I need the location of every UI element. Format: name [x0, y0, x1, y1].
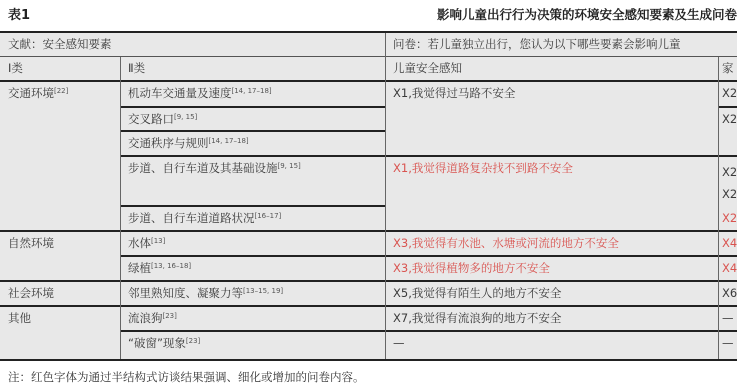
divider [718, 106, 737, 108]
divider [0, 305, 737, 307]
safety-perception-table: 文献：安全感知要素 问卷：若儿童独立出行，您认为以下哪些要素会影响儿童 Ⅰ类 Ⅱ… [0, 31, 737, 361]
divider [385, 33, 386, 359]
divider [120, 255, 737, 257]
child-perception-cell: X1,我觉得过马路不安全 [385, 82, 718, 156]
divider [120, 330, 737, 332]
column-header-child-perception: 儿童安全感知 [385, 57, 718, 81]
class2-cell: 水体[13] [120, 232, 385, 256]
citation: [13–15, 19] [243, 287, 283, 295]
class2-cell: 机动车交通量及速度[14, 17–18] [120, 82, 385, 107]
class2-text: 步道、自行车道及其基础设施 [128, 161, 278, 175]
parent-perception-cell: X2 [718, 205, 737, 231]
child-perception-cell: X5,我觉得有陌生人的地方不安全 [385, 282, 718, 306]
citation: [23] [186, 337, 200, 345]
class2-cell: 绿植[13, 16–18] [120, 257, 385, 281]
class2-cell: 流浪狗[23] [120, 307, 385, 331]
table-label: 表1 [8, 4, 30, 23]
category-other: 其他 [0, 307, 120, 357]
parent-perception-cell: X2 [718, 108, 737, 156]
group-header-literature: 文献：安全感知要素 [0, 33, 385, 57]
table-note: 注：红色字体为通过半结构式访谈结果强调、细化或增加的问卷内容。 [8, 369, 365, 385]
citation: [23] [163, 312, 177, 320]
class2-text: 交叉路口 [128, 112, 174, 126]
category-name: 交通环境 [8, 86, 54, 100]
child-perception-cell: — [385, 332, 718, 357]
class2-text: 步道、自行车道道路状况 [128, 211, 255, 225]
parent-perception-cell: X2 [718, 82, 737, 107]
class2-text: 邻里熟知度、凝聚力等 [128, 286, 243, 300]
parent-perception-cell: X2 [718, 181, 737, 205]
class2-cell: 步道、自行车道及其基础设施[9, 15] [120, 157, 385, 206]
citation: [14, 17–18] [209, 137, 249, 145]
class2-text: 水体 [128, 236, 151, 250]
parent-perception-cell: — [718, 332, 737, 357]
divider [120, 155, 737, 157]
class2-cell: 邻里熟知度、凝聚力等[13–15, 19] [120, 282, 385, 306]
child-perception-cell: X7,我觉得有流浪狗的地方不安全 [385, 307, 718, 331]
parent-perception-cell: X4 [718, 257, 737, 281]
column-header-parent-perception: 家 [718, 57, 737, 81]
citation: [14, 17–18] [232, 87, 272, 95]
divider [120, 205, 385, 207]
class2-cell: 交叉路口[9, 15] [120, 108, 385, 131]
child-perception-cell: X3,我觉得植物多的地方不安全 [385, 257, 718, 281]
class2-cell: 交通秩序与规则[14, 17–18] [120, 132, 385, 156]
divider [718, 57, 719, 359]
divider [0, 280, 737, 282]
class2-text: 绿植 [128, 261, 151, 275]
citation: [13, 16–18] [151, 262, 191, 270]
class2-text: “破窗”现象 [128, 336, 186, 350]
category-natural: 自然环境 [0, 232, 120, 281]
citation: [16–17] [255, 212, 282, 220]
citation: [13] [151, 237, 165, 245]
class2-text: 流浪狗 [128, 311, 163, 325]
divider [120, 130, 385, 132]
class2-text: 交通秩序与规则 [128, 136, 209, 150]
class2-text: 机动车交通量及速度 [128, 86, 232, 100]
divider [0, 230, 737, 232]
citation: [9, 15] [174, 113, 197, 121]
parent-perception-cell: X2 [718, 157, 737, 181]
column-header-class1: Ⅰ类 [0, 57, 120, 81]
divider [120, 106, 385, 108]
column-header-class2: Ⅱ类 [120, 57, 385, 81]
category-traffic: 交通环境[22] [0, 82, 120, 231]
divider [120, 57, 121, 359]
category-social: 社会环境 [0, 282, 120, 306]
table-title: 影响儿童出行行为决策的环境安全感知要素及生成问卷 [437, 5, 737, 23]
citation: [9, 15] [278, 162, 301, 170]
child-perception-cell: X3,我觉得有水池、水塘或河流的地方不安全 [385, 232, 718, 256]
group-header-questionnaire: 问卷：若儿童独立出行，您认为以下哪些要素会影响儿童 [385, 33, 737, 57]
citation: [22] [54, 87, 68, 95]
parent-perception-cell: X6 [718, 282, 737, 306]
class2-cell: “破窗”现象[23] [120, 332, 385, 357]
class2-cell: 步道、自行车道道路状况[16–17] [120, 207, 385, 231]
parent-perception-cell: X4 [718, 232, 737, 256]
parent-perception-cell: — [718, 307, 737, 331]
child-perception-cell: X1,我觉得道路复杂找不到路不安全 [385, 157, 718, 231]
